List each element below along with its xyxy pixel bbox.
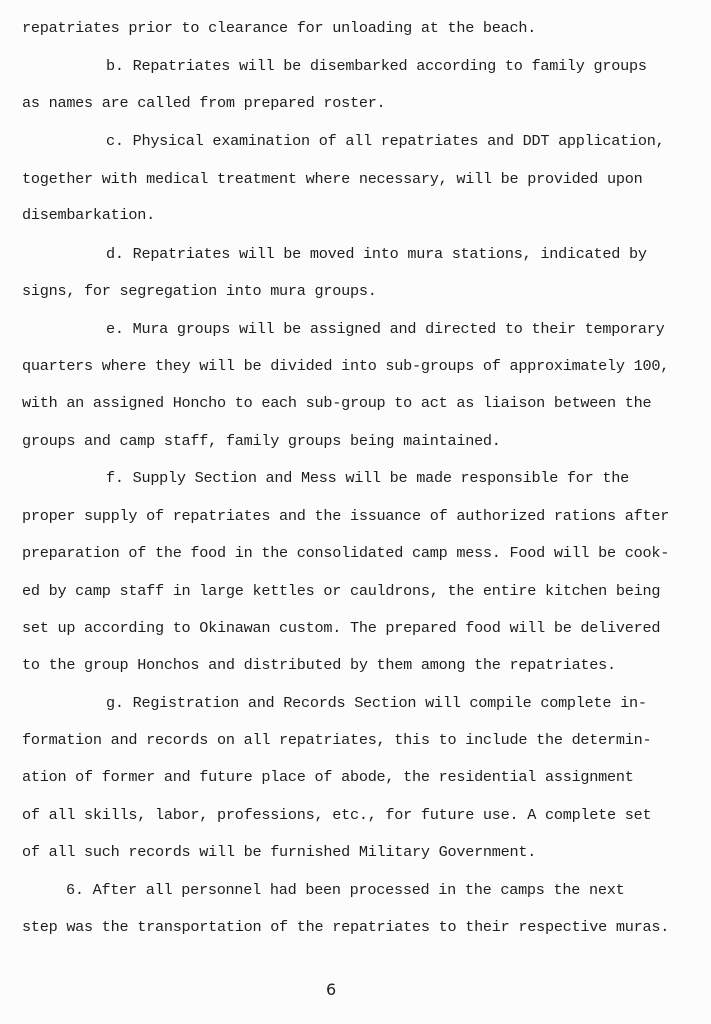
text-line: set up according to Okinawan custom. The… bbox=[22, 618, 660, 638]
subparagraph-b: b. Repatriates will be disembarked accor… bbox=[106, 56, 647, 76]
subparagraph-d: d. Repatriates will be moved into mura s… bbox=[106, 244, 647, 264]
text-line: formation and records on all repatriates… bbox=[22, 730, 651, 750]
text-line: signs, for segregation into mura groups. bbox=[22, 281, 377, 301]
text-line: quarters where they will be divided into… bbox=[22, 356, 669, 376]
page-number: 6 bbox=[326, 980, 336, 999]
subparagraph-c: c. Physical examination of all repatriat… bbox=[106, 131, 664, 151]
text-line: of all such records will be furnished Mi… bbox=[22, 842, 536, 862]
text-line: repatriates prior to clearance for unloa… bbox=[22, 18, 536, 38]
subparagraph-e: e. Mura groups will be assigned and dire… bbox=[106, 319, 664, 339]
text-line: step was the transportation of the repat… bbox=[22, 917, 669, 937]
text-line: of all skills, labor, professions, etc.,… bbox=[22, 805, 651, 825]
text-line: groups and camp staff, family groups bei… bbox=[22, 431, 501, 451]
subparagraph-f: f. Supply Section and Mess will be made … bbox=[106, 468, 629, 488]
text-line: ation of former and future place of abod… bbox=[22, 767, 634, 787]
subparagraph-g: g. Registration and Records Section will… bbox=[106, 693, 647, 713]
text-line: disembarkation. bbox=[22, 205, 155, 225]
text-line: ed by camp staff in large kettles or cau… bbox=[22, 581, 660, 601]
text-line: with an assigned Honcho to each sub-grou… bbox=[22, 393, 651, 413]
document-page: repatriates prior to clearance for unloa… bbox=[0, 0, 711, 1024]
text-line: as names are called from prepared roster… bbox=[22, 93, 385, 113]
text-line: together with medical treatment where ne… bbox=[22, 169, 642, 189]
text-line: proper supply of repatriates and the iss… bbox=[22, 506, 669, 526]
text-line: preparation of the food in the consolida… bbox=[22, 543, 669, 563]
paragraph-6: 6. After all personnel had been processe… bbox=[66, 880, 624, 900]
text-line: to the group Honchos and distributed by … bbox=[22, 655, 616, 675]
